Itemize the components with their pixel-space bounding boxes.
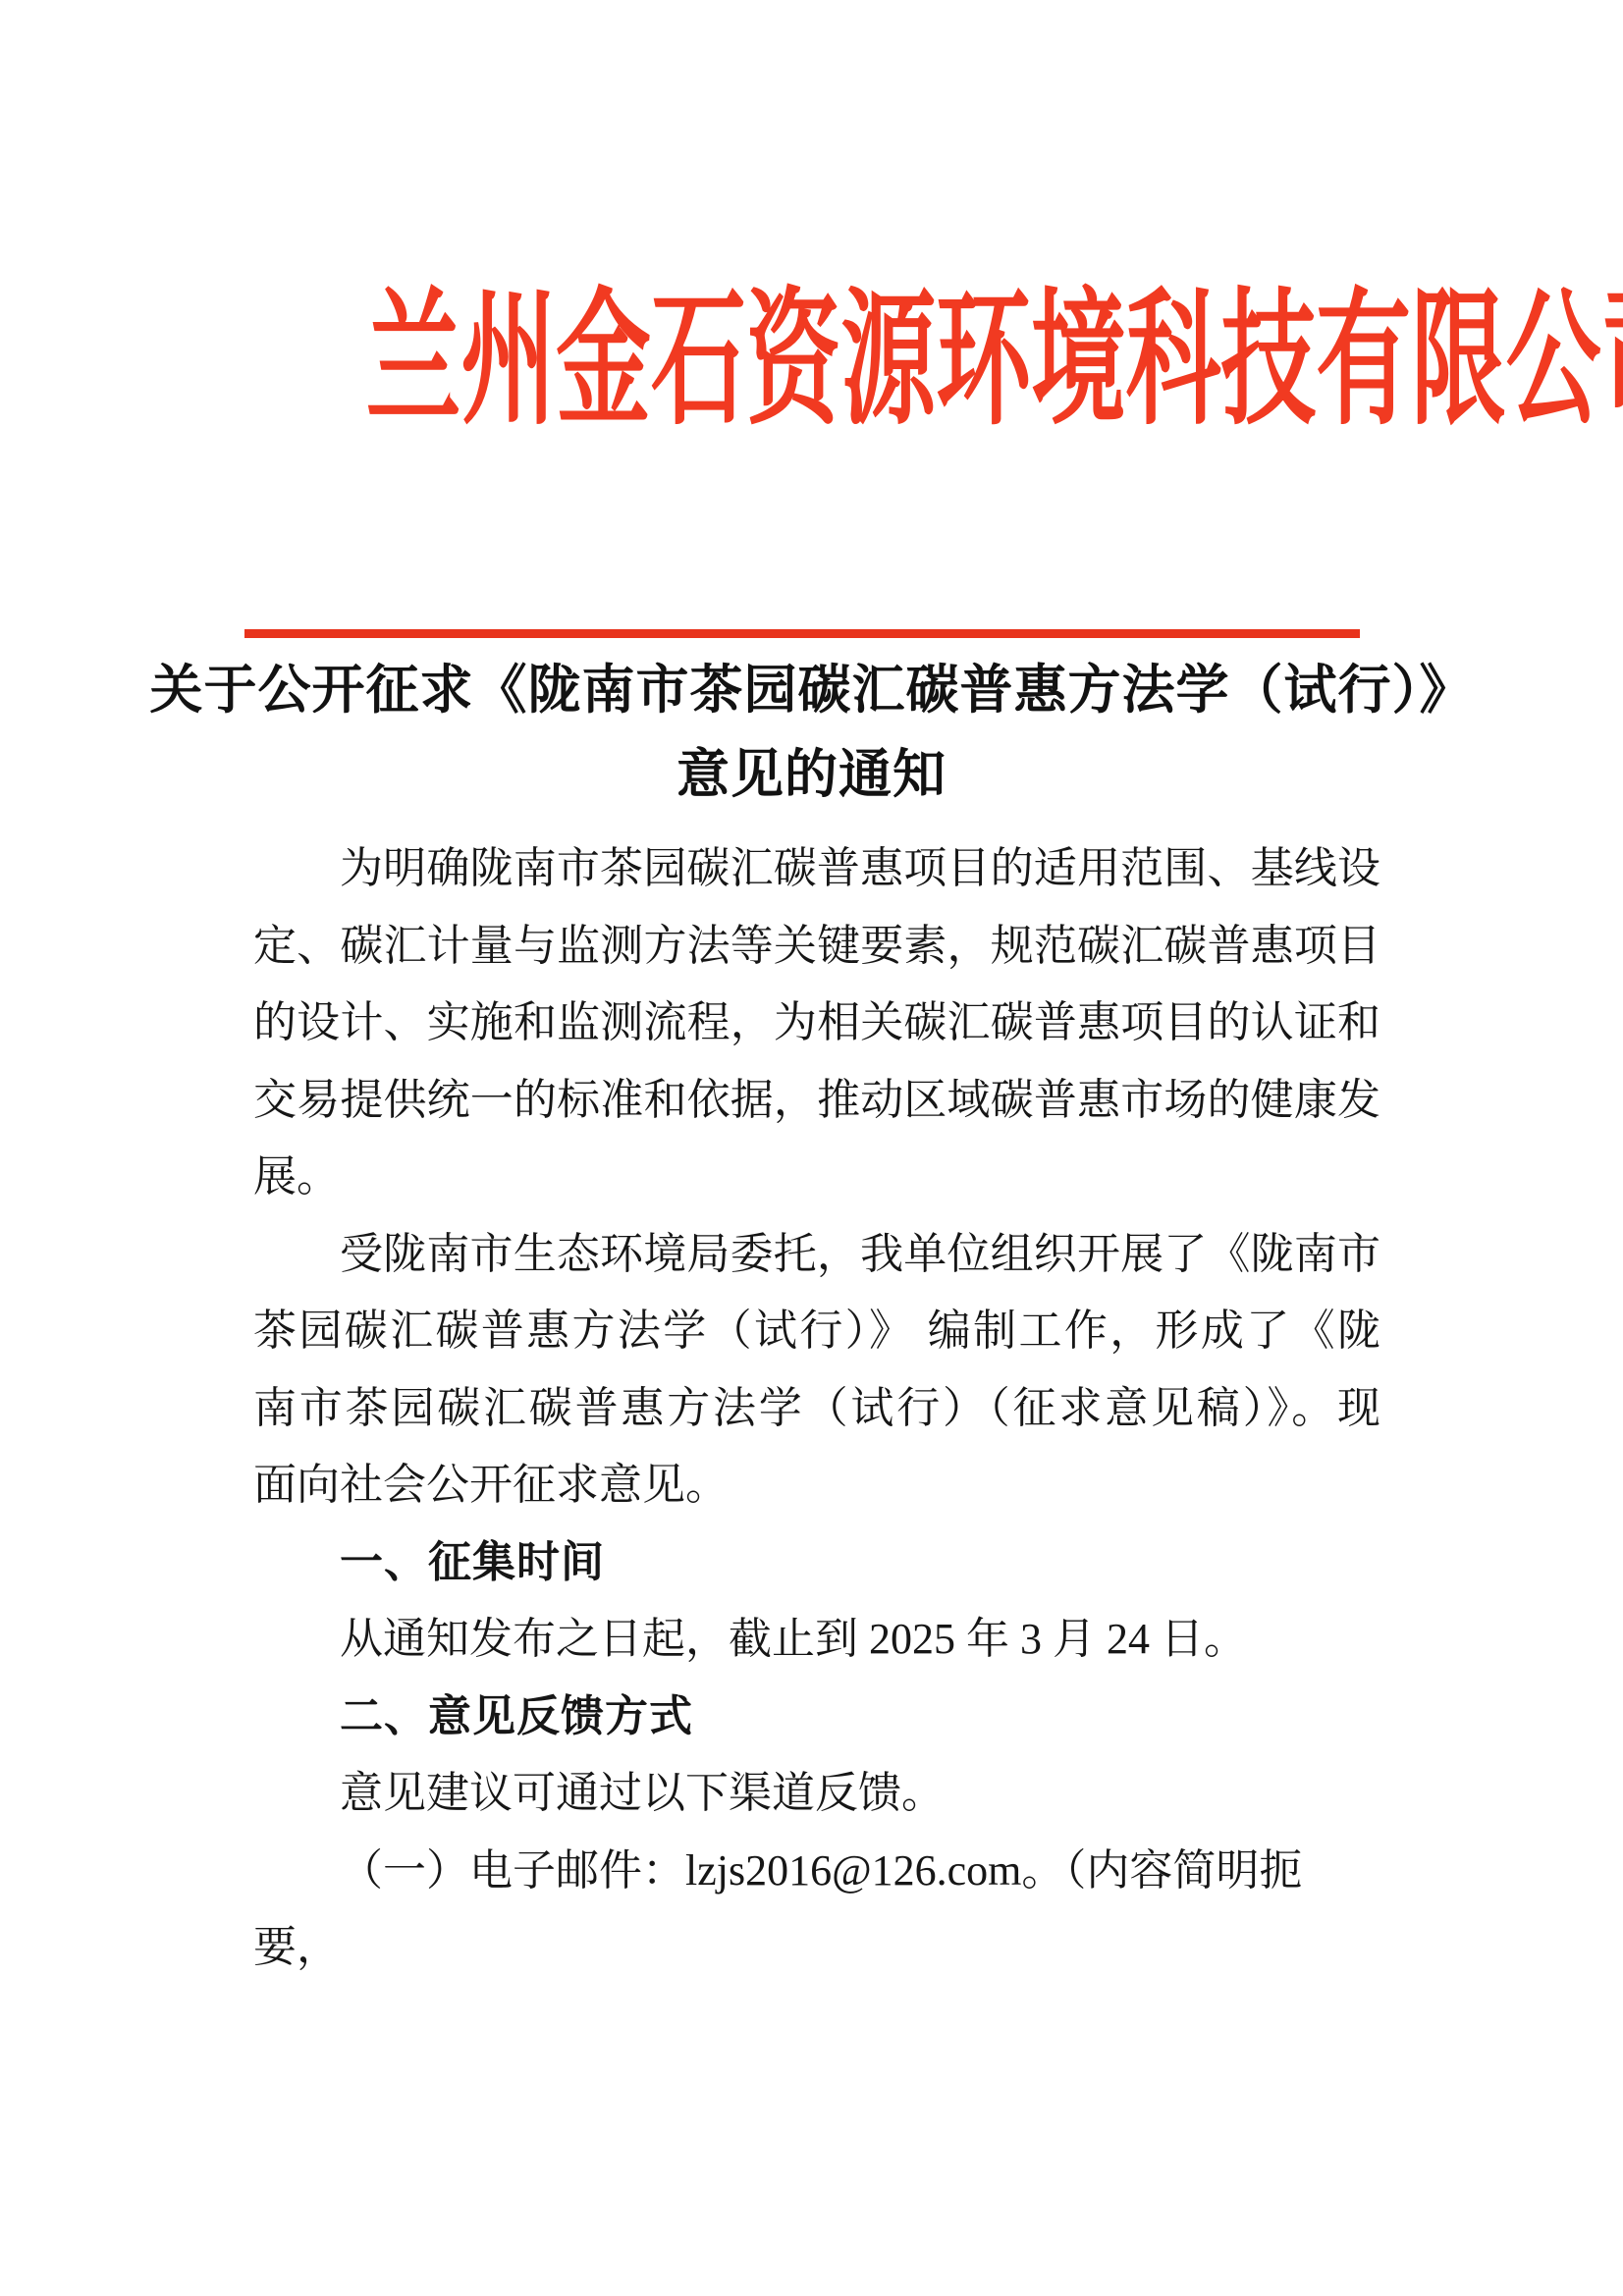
email-line: （一）电子邮件：lzjs2016@126.com。（内容简明扼要，: [253, 1833, 1380, 1987]
notice-title-line1: 关于公开征求《陇南市茶园碳汇碳普惠方法学（试行）》: [0, 648, 1623, 732]
section-heading-feedback-method: 二、意见反馈方式: [253, 1679, 1380, 1756]
text-line: 展。: [253, 1139, 1380, 1216]
notice-title-line2: 意见的通知: [0, 732, 1623, 817]
notice-title: 关于公开征求《陇南市茶园碳汇碳普惠方法学（试行）》 意见的通知: [0, 648, 1623, 817]
text-line: 的设计、实施和监测流程，为相关碳汇碳普惠项目的认证和: [253, 985, 1380, 1062]
letterhead: 兰州金石资源环境科技有限公司: [0, 283, 1623, 440]
deadline-line: 从通知发布之日起，截止到 2025 年 3 月 24 日。: [253, 1601, 1380, 1679]
text-line: 面向社会公开征求意见。: [253, 1447, 1380, 1524]
section-heading-collection-time: 一、征集时间: [253, 1524, 1380, 1602]
document-page: 兰州金石资源环境科技有限公司 关于公开征求《陇南市茶园碳汇碳普惠方法学（试行）》…: [0, 0, 1623, 2296]
company-name: 兰州金石资源环境科技有限公司: [366, 283, 1623, 440]
text-line: 定、碳汇计量与监测方法等关键要素，规范碳汇碳普惠项目: [253, 908, 1380, 986]
text-line: 交易提供统一的标准和依据，推动区域碳普惠市场的健康发: [253, 1062, 1380, 1140]
letterhead-divider: [244, 629, 1360, 638]
text-line: 为明确陇南市茶园碳汇碳普惠项目的适用范围、基线设: [253, 830, 1380, 908]
text-line: 茶园碳汇碳普惠方法学（试行）》 编制工作，形成了《陇: [253, 1293, 1380, 1370]
text-line: 意见建议可通过以下渠道反馈。: [253, 1755, 1380, 1833]
notice-body: 为明确陇南市茶园碳汇碳普惠项目的适用范围、基线设 定、碳汇计量与监测方法等关键要…: [253, 830, 1380, 1987]
text-line: 南市茶园碳汇碳普惠方法学（试行）（征求意见稿）》。现: [253, 1370, 1380, 1448]
text-line: 受陇南市生态环境局委托，我单位组织开展了《陇南市: [253, 1216, 1380, 1294]
